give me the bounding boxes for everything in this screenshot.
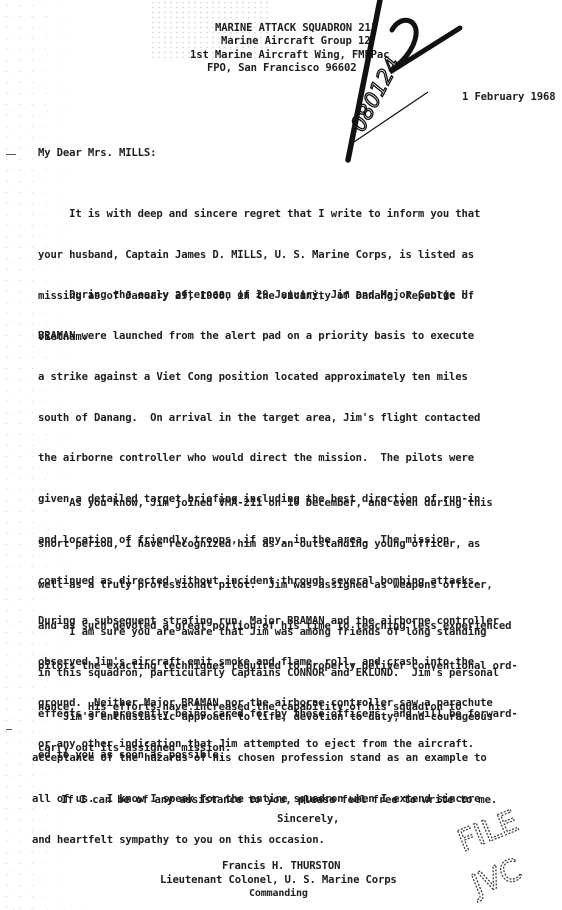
body-line: south of Danang. On arrival in the targe… [38,412,543,426]
letter-date: 1 February 1968 [462,91,555,105]
letterhead-wing: 1st Marine Aircraft Wing, FMFPac [190,49,389,63]
body-line: the airborne controller who would direct… [38,452,543,466]
body-line: As you know, Jim joined VMA-211 on 10 De… [38,497,543,511]
body-line: in this squadron, particularly Captains … [38,667,543,681]
margin-mark [6,154,16,155]
margin-mark [6,729,12,730]
body-line: BRAMAN were launched from the alert pad … [38,330,543,344]
body-line: I am sure you are aware that Jim was amo… [38,626,543,640]
salutation: My Dear Mrs. MILLS: [38,147,156,161]
body-line: short period, I have recognized him as a… [38,538,543,552]
body-line: a strike against a Viet Cong position lo… [38,371,543,385]
signature-role: Commanding [249,887,308,901]
body-line: It is with deep and sincere regret that … [38,208,543,222]
body-line: If I can be of any assistance to you, pl… [30,794,535,808]
body-line: Jim's enthusiastic approach to life, dev… [32,711,537,725]
body-line: well as a truly professional pilot. Jim … [38,579,543,593]
letterhead-unit: MARINE ATTACK SQUADRON 211 [215,22,377,36]
body-line: and heartfelt sympathy to you on this oc… [32,834,537,848]
body-line: your husband, Captain James D. MILLS, U.… [38,249,543,263]
body-line: During the early afternoon of 29 January… [38,289,543,303]
signature-title: Lieutenant Colonel, U. S. Marine Corps [160,874,397,888]
signature-name: Francis H. THURSTON [222,860,340,874]
closing: Sincerely, [277,813,339,827]
letterhead-address: FPO, San Francisco 96602 [207,62,356,76]
letter-page: MARINE ATTACK SQUADRON 211 Marine Aircra… [0,0,562,910]
body-line: acceptance of the hazards of his chosen … [32,752,537,766]
letterhead-group: Marine Aircraft Group 12 [221,35,370,49]
